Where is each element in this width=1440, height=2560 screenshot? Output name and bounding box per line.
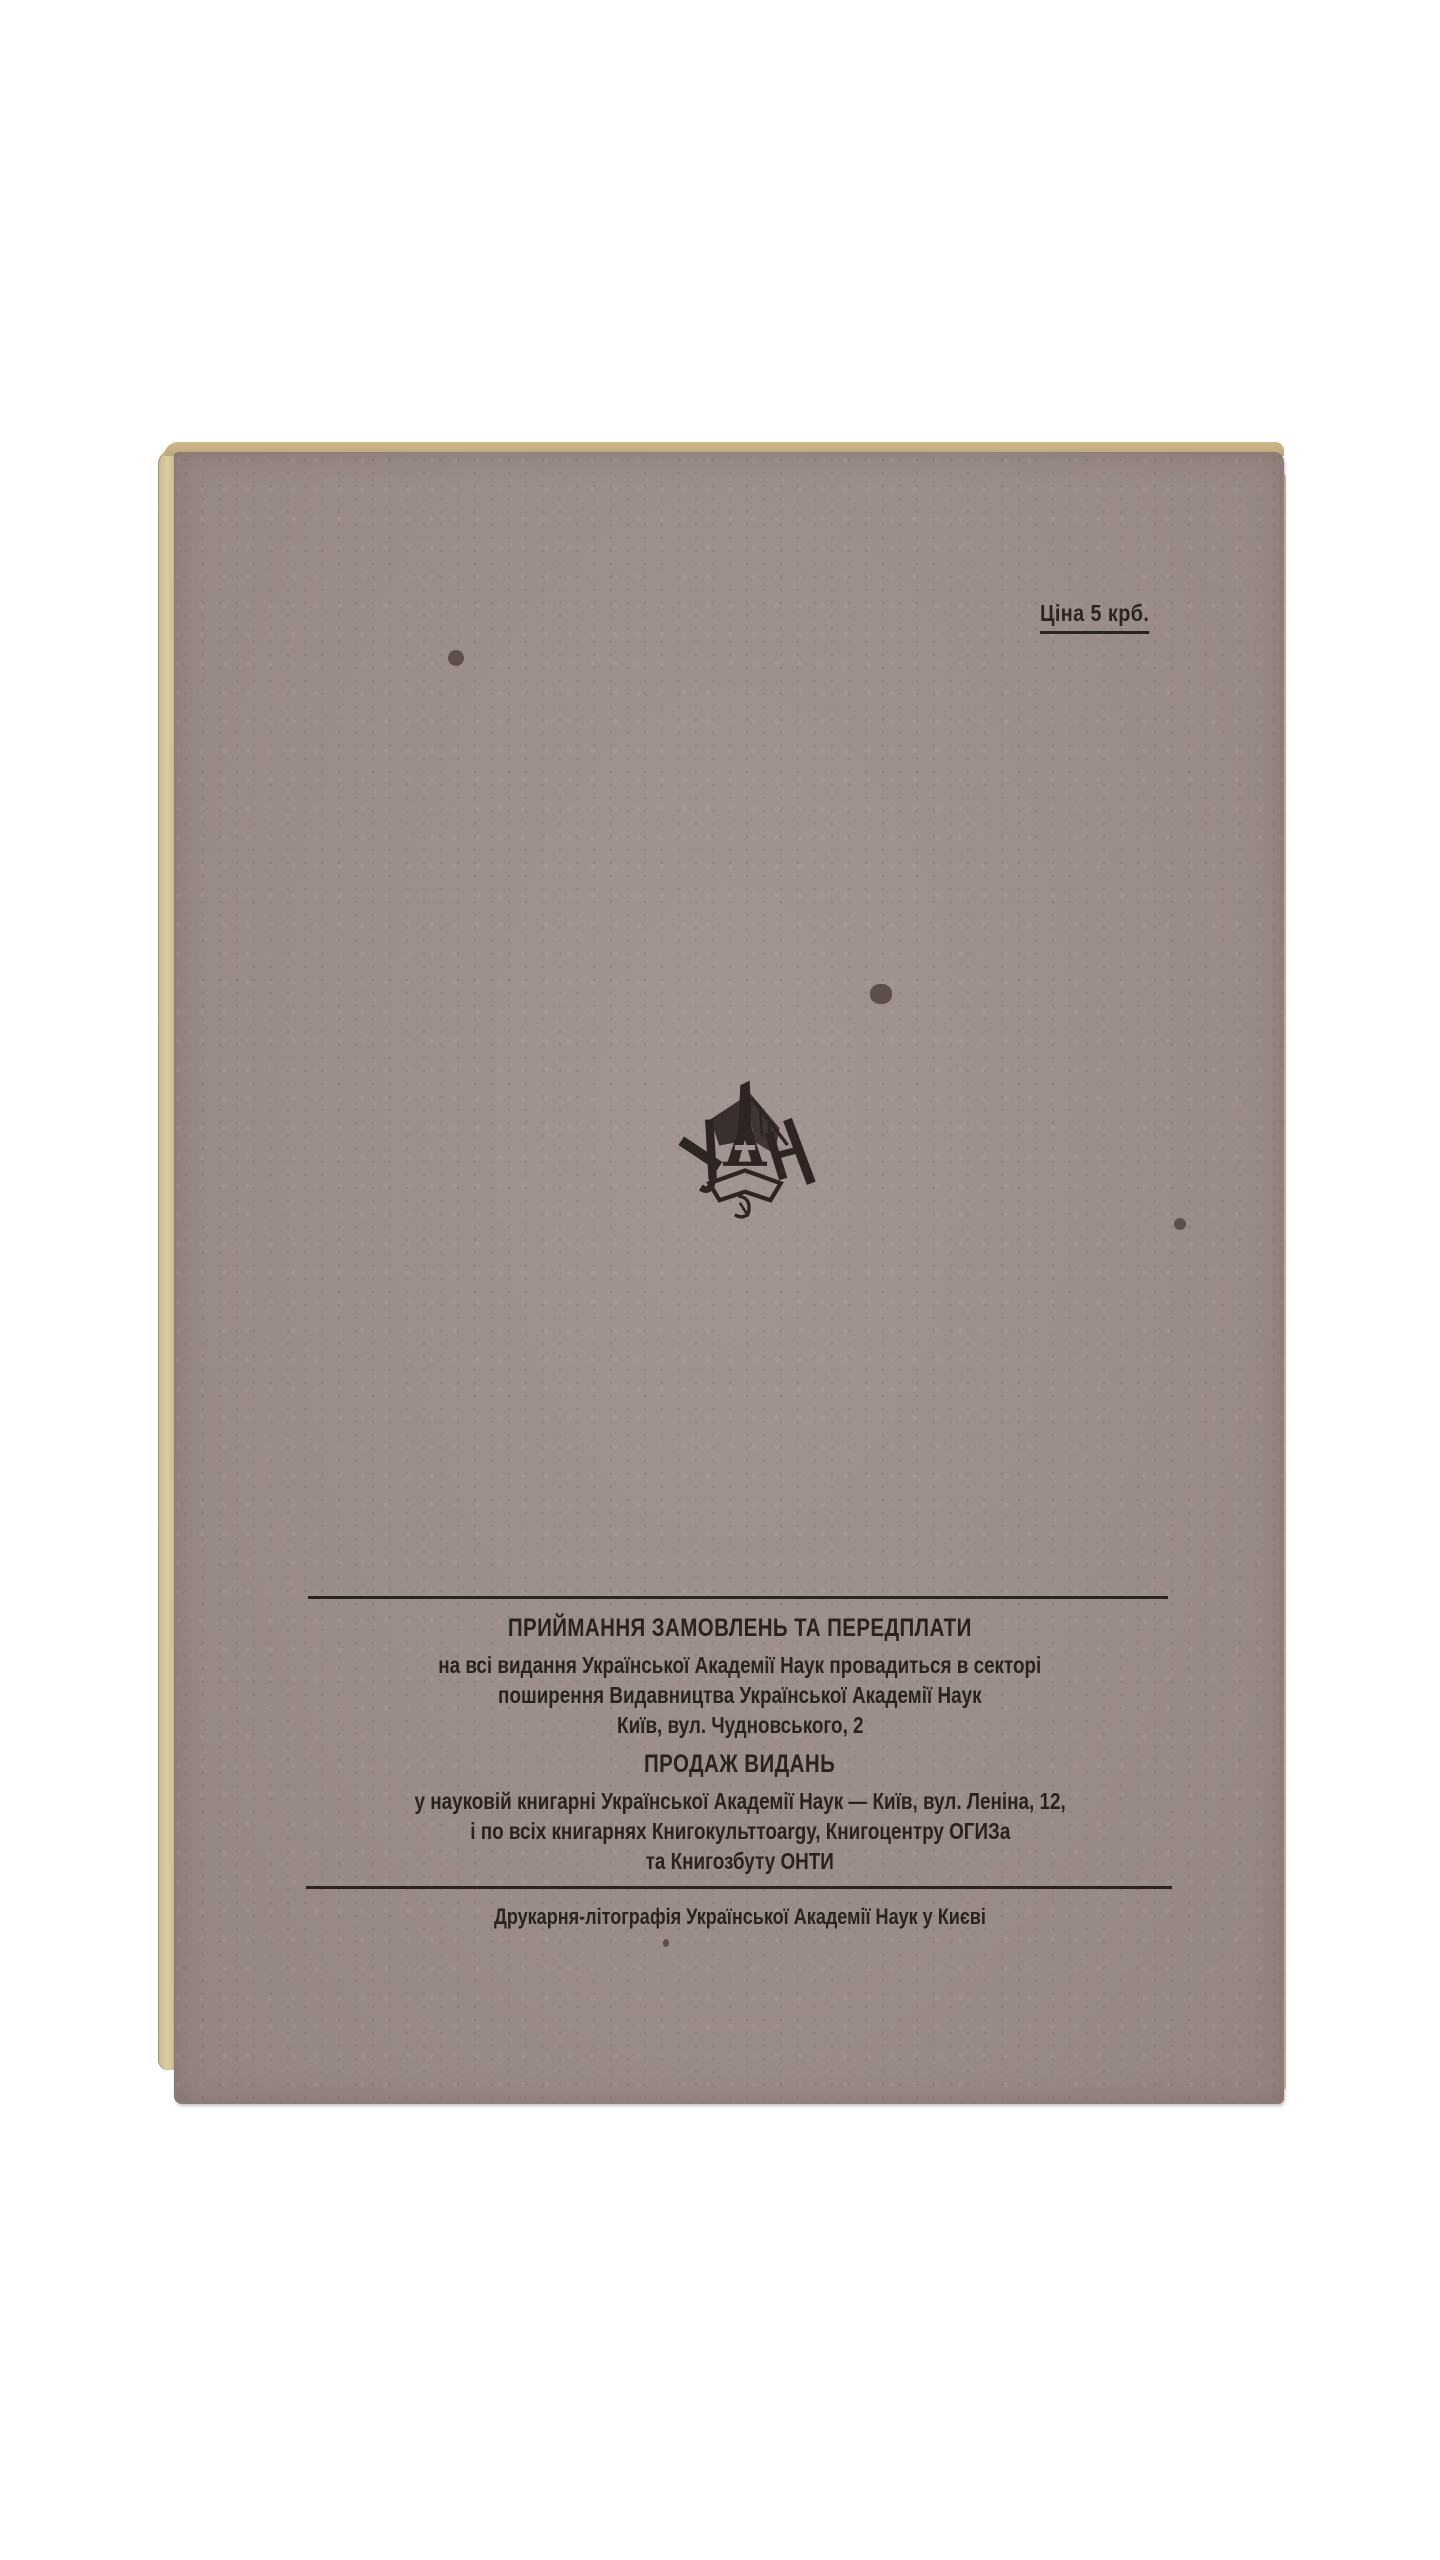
sales-line: у науковій книгарні Української Академії… xyxy=(300,1788,1180,1815)
paper-spot xyxy=(448,650,464,666)
price-label: Ціна 5 крб. xyxy=(1040,600,1149,634)
printer-imprint: Друкарня-літографія Української Академії… xyxy=(300,1904,1180,1930)
sales-line: і по всіх книгарнях Книгокульттоargу, Кн… xyxy=(300,1818,1180,1845)
orders-address: Київ, вул. Чудновського, 2 xyxy=(300,1712,1180,1739)
bottom-divider xyxy=(306,1886,1172,1889)
orders-line: поширення Видавництва Української Академ… xyxy=(300,1682,1180,1709)
paper-spot xyxy=(1174,1218,1186,1230)
uan-monogram-icon xyxy=(660,1060,830,1230)
paper-spot xyxy=(663,1939,669,1947)
paper-spot xyxy=(870,984,892,1004)
sales-line: та Книгозбуту ОНТИ xyxy=(300,1848,1180,1875)
top-divider xyxy=(308,1596,1168,1599)
sales-heading: ПРОДАЖ ВИДАНЬ xyxy=(300,1750,1180,1779)
orders-heading: ПРИЙМАННЯ ЗАМОВЛЕНЬ ТА ПЕРЕДПЛАТИ xyxy=(300,1614,1180,1643)
orders-line: на всі видання Української Академії Наук… xyxy=(300,1652,1180,1679)
